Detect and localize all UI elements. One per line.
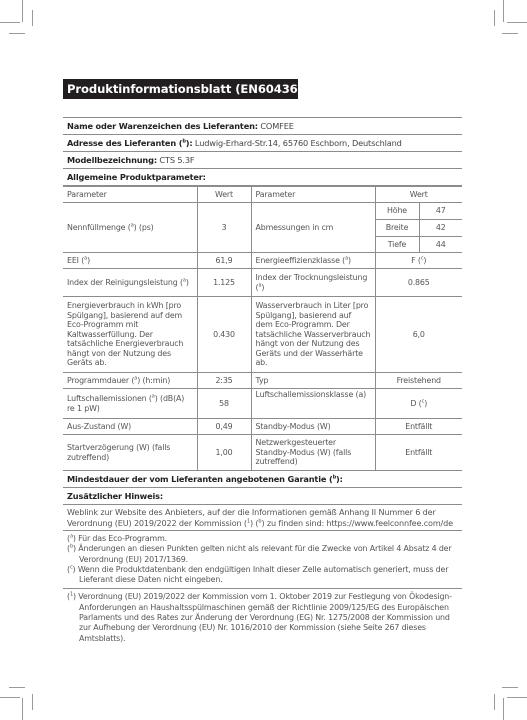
model-label: Modellbezeichnung:: [67, 155, 157, 165]
width-label: Breite: [375, 220, 419, 237]
table-row: EEI (a) 61,9 Energieeffizienzklasse (a) …: [63, 253, 462, 269]
supplier-address-label: Adresse des Lieferanten: [67, 138, 176, 148]
crop-mark-top-right: [503, 0, 504, 22]
crop-mark-bottom-right: [507, 697, 527, 698]
product-information-sheet: Name oder Warenzeichen des Lieferanten: …: [63, 117, 462, 647]
program-duration-label: Programmdauer (a) (h:min): [63, 373, 197, 389]
supplier-name-value: COMFEE: [260, 121, 293, 131]
rated-capacity-value: 3: [197, 203, 251, 253]
crop-mark-bottom-right: [503, 698, 504, 720]
table-row: Energieverbrauch in kWh [pro Spülgang], …: [63, 297, 462, 373]
depth-label: Tiefe: [375, 237, 419, 253]
energy-class-value: F (c): [375, 253, 462, 269]
standby-mode-value: Entfällt: [375, 419, 462, 435]
guarantee-label: Mindestdauer der vom Lieferanten angebot…: [67, 474, 326, 484]
crop-mark-bottom-right: [502, 687, 518, 688]
water-consumption-label: Wasserverbrauch in Liter [pro Spülgang],…: [251, 297, 375, 373]
crop-mark-top-right: [502, 33, 518, 34]
eei-label: EEI (a): [63, 253, 197, 269]
networked-standby-value: Entfällt: [375, 435, 462, 471]
standby-mode-label: Standby-Modus (W): [251, 419, 375, 435]
cleaning-index-label: Index der Reinigungsleistung (a): [63, 269, 197, 297]
crop-mark-top-left: [9, 33, 25, 34]
table-row: Nennfüllmenge (a) (ps) 3 Abmessungen in …: [63, 203, 462, 220]
crop-mark-top-right: [494, 10, 495, 26]
cleaning-index-value: 1.125: [197, 269, 251, 297]
supplier-name-row: Name oder Warenzeichen des Lieferanten: …: [63, 118, 462, 135]
column-header: Wert: [375, 187, 462, 203]
crop-mark-bottom-left: [9, 687, 25, 688]
footnote-item: (c) Wenn die Produktdatenbank den endgül…: [67, 565, 458, 586]
networked-standby-label: Netzwerkgesteuerter Standby-Modus (W) (f…: [251, 435, 375, 471]
program-duration-value: 2:35: [197, 373, 251, 389]
model-row: Modellbezeichnung: CTS 5.3F: [63, 152, 462, 169]
crop-mark-top-right: [507, 22, 527, 23]
height-label: Höhe: [375, 203, 419, 220]
column-header: Wert: [197, 187, 251, 203]
energy-consumption-value: 0.430: [197, 297, 251, 373]
depth-value: 44: [419, 237, 462, 253]
table-header-row: Parameter Wert Parameter Wert: [63, 187, 462, 203]
supplier-address-value: Ludwig-Erhard-Str.14, 65760 Eschborn, De…: [195, 138, 402, 148]
noise-class-label: Luftschallemissionsklasse (a): [251, 389, 375, 419]
table-row: Aus-Zustand (W) 0,49 Standby-Modus (W) E…: [63, 419, 462, 435]
general-params-heading: Allgemeine Produktparameter:: [63, 169, 462, 186]
drying-index-value: 0.865: [375, 269, 462, 297]
noise-emission-value: 58: [197, 389, 251, 419]
regulation-footnote: (1) Verordnung (EU) 2019/2022 der Kommis…: [63, 589, 462, 646]
off-mode-label: Aus-Zustand (W): [63, 419, 197, 435]
model-value: CTS 5.3F: [159, 155, 194, 165]
supplier-address-row: Adresse des Lieferanten (b): Ludwig-Erha…: [63, 135, 462, 152]
page-title: Produktinformationsblatt (EN60436): [63, 79, 298, 99]
guarantee-row: Mindestdauer der vom Lieferanten angebot…: [63, 471, 462, 488]
table-row: Startverzögerung (W) (falls zutreffend) …: [63, 435, 462, 471]
water-consumption-value: 6,0: [375, 297, 462, 373]
crop-mark-bottom-left: [32, 694, 33, 710]
column-header: Parameter: [63, 187, 197, 203]
width-value: 42: [419, 220, 462, 237]
crop-mark-top-left: [0, 22, 20, 23]
supplier-weblink[interactable]: zu finden sind: https://www.feelconnfee.…: [267, 518, 453, 528]
crop-mark-bottom-left: [22, 698, 23, 720]
crop-mark-top-left: [22, 0, 23, 22]
energy-class-label: Energieeffizienzklasse (a): [251, 253, 375, 269]
table-row: Index der Reinigungsleistung (a) 1.125 I…: [63, 269, 462, 297]
table-row: Luftschallemissionen (a) (dB(A) re 1 pW)…: [63, 389, 462, 419]
dimensions-label: Abmessungen in cm: [251, 203, 375, 253]
footnote-item: (b) Änderungen an diesen Punkten gelten …: [67, 544, 458, 565]
delay-start-value: 1,00: [197, 435, 251, 471]
noise-class-value: D (c): [375, 389, 462, 419]
type-value: Freistehend: [375, 373, 462, 389]
crop-mark-top-left: [32, 10, 33, 26]
rated-capacity-label: Nennfüllmenge (a) (ps): [63, 203, 197, 253]
off-mode-value: 0,49: [197, 419, 251, 435]
height-value: 47: [419, 203, 462, 220]
weblink-note: Weblink zur Website des Anbieters, auf d…: [63, 505, 462, 531]
delay-start-label: Startverzögerung (W) (falls zutreffend): [63, 435, 197, 471]
crop-mark-bottom-left: [0, 697, 20, 698]
footnote-marker: b: [182, 138, 185, 144]
type-label: Typ: [251, 373, 375, 389]
energy-consumption-label: Energieverbrauch in kWh [pro Spülgang], …: [63, 297, 197, 373]
additional-info-heading: Zusätzlicher Hinweis:: [63, 488, 462, 505]
footnotes: (a) Für das Eco-Programm. (b) Änderungen…: [63, 531, 462, 589]
drying-index-label: Index der Trocknungsleistung (a): [251, 269, 375, 297]
footnote-marker: b: [333, 474, 336, 480]
footnote-item: (a) Für das Eco-Programm.: [67, 534, 458, 544]
column-header: Parameter: [251, 187, 375, 203]
supplier-name-label: Name oder Warenzeichen des Lieferanten:: [67, 121, 258, 131]
table-row: Programmdauer (a) (h:min) 2:35 Typ Freis…: [63, 373, 462, 389]
parameters-table: Parameter Wert Parameter Wert Nennfüllme…: [63, 186, 462, 471]
eei-value: 61,9: [197, 253, 251, 269]
noise-emission-label: Luftschallemissionen (a) (dB(A) re 1 pW): [63, 389, 197, 419]
crop-mark-bottom-right: [494, 694, 495, 710]
